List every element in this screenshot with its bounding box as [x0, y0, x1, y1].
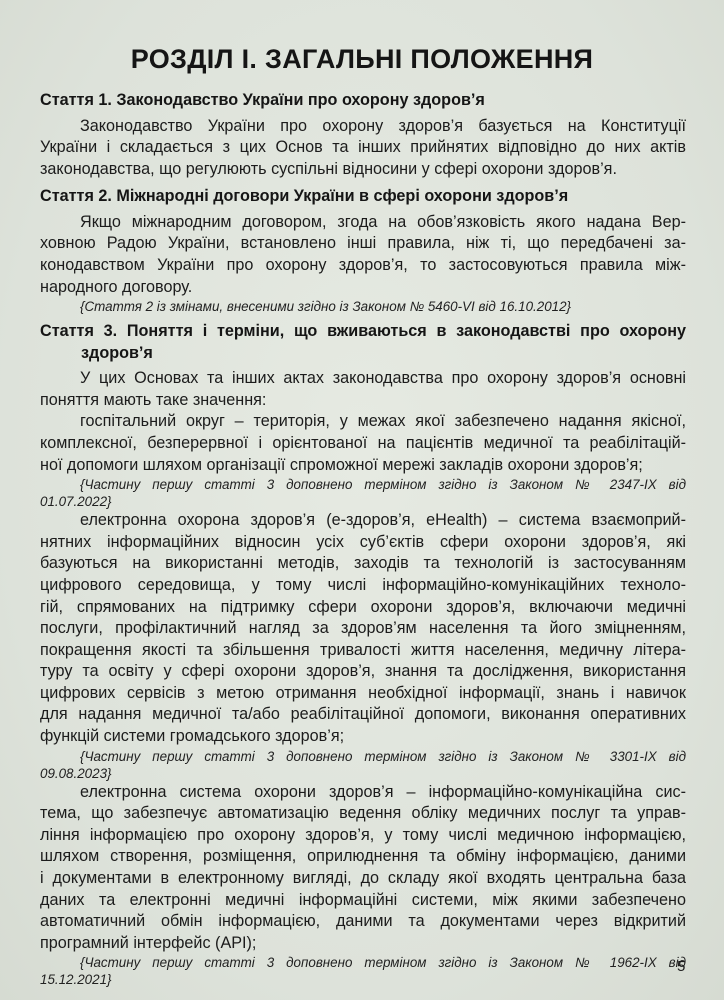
text-line: шляхом створення, розміщення, оприлюднен… [40, 846, 686, 868]
article-3-intro-paragraph: У цих Основах та інших актах законодавст… [40, 368, 686, 411]
text-line: функцій системи громадського здоров’я; [40, 726, 686, 748]
text-line: госпітальний округ – територія, у межах … [40, 411, 686, 433]
page-number: 5 [677, 958, 685, 975]
text-line: конодавством України про охорону здоров’… [40, 255, 686, 277]
text-line: ної допомоги шляхом організації спроможн… [40, 455, 686, 477]
text-line: ховною Радою України, встановлено інші п… [40, 233, 686, 255]
text-line: Якщо міжнародним договором, згода на обо… [40, 212, 686, 234]
text-line: даних та електронні медичні інформаційні… [40, 890, 686, 912]
term-electronic-health-system: електронна система охорони здоров’я – ін… [40, 782, 686, 955]
document-page: РОЗДІЛ І. ЗАГАЛЬНІ ПОЛОЖЕННЯ Стаття 1. З… [0, 0, 724, 1000]
article-3-heading: Стаття 3. Поняття і терміни, що вживають… [40, 321, 686, 364]
amendment-note: {Стаття 2 із змінами, внесеними згідно і… [40, 298, 686, 315]
article-2-heading: Стаття 2. Міжнародні договори України в … [40, 186, 686, 208]
text-line: комплексної, безперервної і орієнтованої… [40, 433, 686, 455]
note-line: 09.08.2023} [40, 765, 686, 782]
note-line: {Частину першу статті 3 доповнено термін… [40, 954, 686, 971]
note-line: {Частину першу статті 3 доповнено термін… [40, 748, 686, 765]
text-line: послуги, профілактичний нагляд за здоров… [40, 618, 686, 640]
amendment-note: {Частину першу статті 3 доповнено термін… [40, 476, 686, 510]
amendment-note: {Частину першу статті 3 доповнено термін… [40, 954, 686, 988]
text-line: народного договору. [40, 277, 686, 299]
text-line: тема, що забезпечує автоматизацію веденн… [40, 803, 686, 825]
text-line: автоматичний обмін інформацією, даними т… [40, 911, 686, 933]
text-line: У цих Основах та інших актах законодавст… [40, 368, 686, 390]
text-line: для надання медичної та/або реабілітацій… [40, 704, 686, 726]
note-line: 15.12.2021} [40, 971, 686, 988]
term-hospital-district: госпітальний округ – територія, у межах … [40, 411, 686, 476]
text-line: цифрового середовища, у тому числі інфор… [40, 575, 686, 597]
section-title: РОЗДІЛ І. ЗАГАЛЬНІ ПОЛОЖЕННЯ [0, 44, 724, 75]
text-line: цифрових сервісів з метою отримання необ… [40, 683, 686, 705]
note-line: 01.07.2022} [40, 493, 686, 510]
text-line: ління інформацією про охорону здоров’я, … [40, 825, 686, 847]
text-line: гій, спрямованих на підтримку сфери охор… [40, 597, 686, 619]
document-body: Стаття 1. Законодавство України про охор… [40, 90, 686, 988]
text-line: покращення якості та збільшення тривалос… [40, 640, 686, 662]
term-ehealth: електронна охорона здоров’я (е-здоров’я,… [40, 510, 686, 748]
text-line: поняття мають таке значення: [40, 390, 686, 412]
text-line: електронна система охорони здоров’я – ін… [40, 782, 686, 804]
text-line: електронна охорона здоров’я (е-здоров’я,… [40, 510, 686, 532]
article-1-heading: Стаття 1. Законодавство України про охор… [40, 90, 686, 112]
note-line: {Стаття 2 із змінами, внесеними згідно і… [40, 298, 686, 315]
text-line: програмний інтерфейс (API); [40, 933, 686, 955]
text-line: туру та освіту у сфері охорони здоров’я,… [40, 661, 686, 683]
text-line: і документами в електронному вигляді, до… [40, 868, 686, 890]
heading-line: Стаття 3. Поняття і терміни, що вживають… [40, 321, 686, 343]
amendment-note: {Частину першу статті 3 доповнено термін… [40, 748, 686, 782]
text-line: Законодавство України про охорону здоров… [40, 116, 686, 138]
text-line: базуються на використанні методів, заход… [40, 553, 686, 575]
text-line: нятних інформаційних відносин усіх суб’є… [40, 532, 686, 554]
text-line: України і складається з цих Основ та інш… [40, 137, 686, 159]
note-line: {Частину першу статті 3 доповнено термін… [40, 476, 686, 493]
article-1-paragraph: Законодавство України про охорону здоров… [40, 116, 686, 181]
text-line: законодавства, що регулюють суспільні ві… [40, 159, 686, 181]
article-2-paragraph: Якщо міжнародним договором, згода на обо… [40, 212, 686, 298]
heading-line: здоров’я [40, 343, 686, 365]
